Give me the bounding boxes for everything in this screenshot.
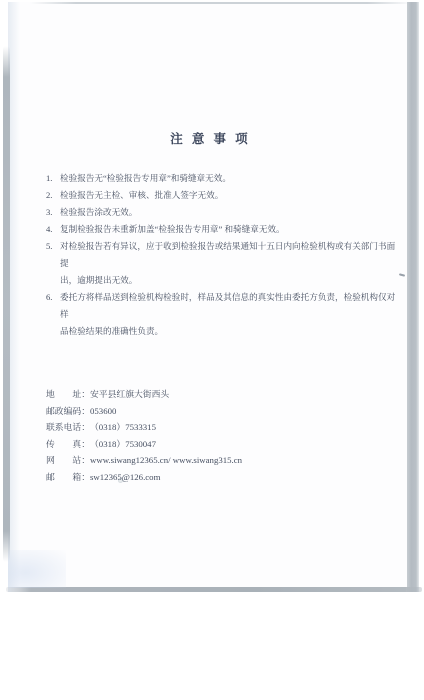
contact-line: 地 址：安平县红旗大街西头: [46, 386, 396, 403]
notice-item-number: 1.: [46, 170, 60, 187]
notice-item-number: 5.: [46, 238, 60, 289]
notice-item-line: 检验报告涂改无效。: [60, 204, 401, 221]
contact-value: 安平县红旗大街西头: [90, 389, 169, 399]
notice-item-line: 品检验结果的准确性负责。: [60, 323, 401, 340]
contact-label: 网 站：: [46, 452, 90, 469]
notice-list: 1.检验报告无“检验报告专用章”和骑缝章无效。2.检验报告无主检、审核、批准人签…: [46, 170, 401, 340]
notice-item-text: 检验报告涂改无效。: [60, 204, 401, 221]
notice-item-line: 出，逾期提出无效。: [60, 272, 401, 289]
notice-item-line: 委托方将样品送到检验机构检验时，样品及其信息的真实性由委托方负责，检验机构仅对样: [60, 289, 401, 323]
contact-value: 053600: [90, 406, 116, 416]
notice-item-number: 2.: [46, 187, 60, 204]
contact-block: 地 址：安平县红旗大街西头邮政编码：053600联系电话：（0318）75333…: [46, 386, 396, 485]
contact-label: 邮政编码：: [46, 403, 90, 420]
notice-item: 4.复制检验报告未重新加盖“检验报告专用章” 和骑缝章无效。: [46, 221, 401, 238]
notice-item: 1.检验报告无“检验报告专用章”和骑缝章无效。: [46, 170, 401, 187]
notice-item-line: 检验报告无主检、审核、批准人签字无效。: [60, 187, 401, 204]
page-edge-top: [30, 2, 413, 4]
notice-item-number: 3.: [46, 204, 60, 221]
notice-item: 2.检验报告无主检、审核、批准人签字无效。: [46, 187, 401, 204]
contact-line: 传 真：（0318）7530047: [46, 436, 396, 453]
notice-item-number: 4.: [46, 221, 60, 238]
contact-label: 邮 箱：: [46, 469, 90, 486]
contact-value: （0318）7533315: [90, 422, 156, 432]
contact-value: sw12365@126.com: [90, 472, 160, 482]
page-title: 注 意 事 项: [8, 129, 407, 147]
notice-item-line: 检验报告无“检验报告专用章”和骑缝章无效。: [60, 170, 401, 187]
contact-label: 传 真：: [46, 436, 90, 453]
notice-item: 3.检验报告涂改无效。: [46, 204, 401, 221]
notice-item: 6.委托方将样品送到检验机构检验时，样品及其信息的真实性由委托方负责，检验机构仅…: [46, 289, 401, 340]
contact-value: www.siwang12365.cn/ www.siwang315.cn: [90, 455, 242, 465]
notice-item-line: 对检验报告若有异议，应于收到检验报告或结果通知十五日内向检验机构或有关部门书面提: [60, 238, 401, 272]
notice-item-text: 复制检验报告未重新加盖“检验报告专用章” 和骑缝章无效。: [60, 221, 401, 238]
contact-label: 联系电话：: [46, 419, 90, 436]
page-edge-left: [3, 46, 10, 562]
page-edge-bottom: [6, 587, 422, 592]
contact-label: 地 址：: [46, 386, 90, 403]
contact-value: （0318）7530047: [90, 439, 156, 449]
notice-item-text: 检验报告无“检验报告专用章”和骑缝章无效。: [60, 170, 401, 187]
contact-line: 联系电话：（0318）7533315: [46, 419, 396, 436]
notice-item-text: 对检验报告若有异议，应于收到检验报告或结果通知十五日内向检验机构或有关部门书面提…: [60, 238, 401, 289]
notice-item-number: 6.: [46, 289, 60, 340]
contact-line: 邮政编码：053600: [46, 403, 396, 420]
notice-item-text: 检验报告无主检、审核、批准人签字无效。: [60, 187, 401, 204]
notice-item-line: 复制检验报告未重新加盖“检验报告专用章” 和骑缝章无效。: [60, 221, 401, 238]
notice-item-text: 委托方将样品送到检验机构检验时，样品及其信息的真实性由委托方负责，检验机构仅对样…: [60, 289, 401, 340]
contact-line: 邮 箱：sw12365@126.com: [46, 469, 396, 486]
scanned-notice-page: 注 意 事 项 1.检验报告无“检验报告专用章”和骑缝章无效。2.检验报告无主检…: [8, 2, 419, 592]
document-canvas: 注 意 事 项 1.检验报告无“检验报告专用章”和骑缝章无效。2.检验报告无主检…: [0, 0, 424, 700]
notice-item: 5.对检验报告若有异议，应于收到检验报告或结果通知十五日内向检验机构或有关部门书…: [46, 238, 401, 289]
scan-tint-bottom-left: [8, 550, 66, 588]
contact-line: 网 站：www.siwang12365.cn/ www.siwang315.cn: [46, 452, 396, 469]
page-edge-right: [407, 2, 419, 592]
